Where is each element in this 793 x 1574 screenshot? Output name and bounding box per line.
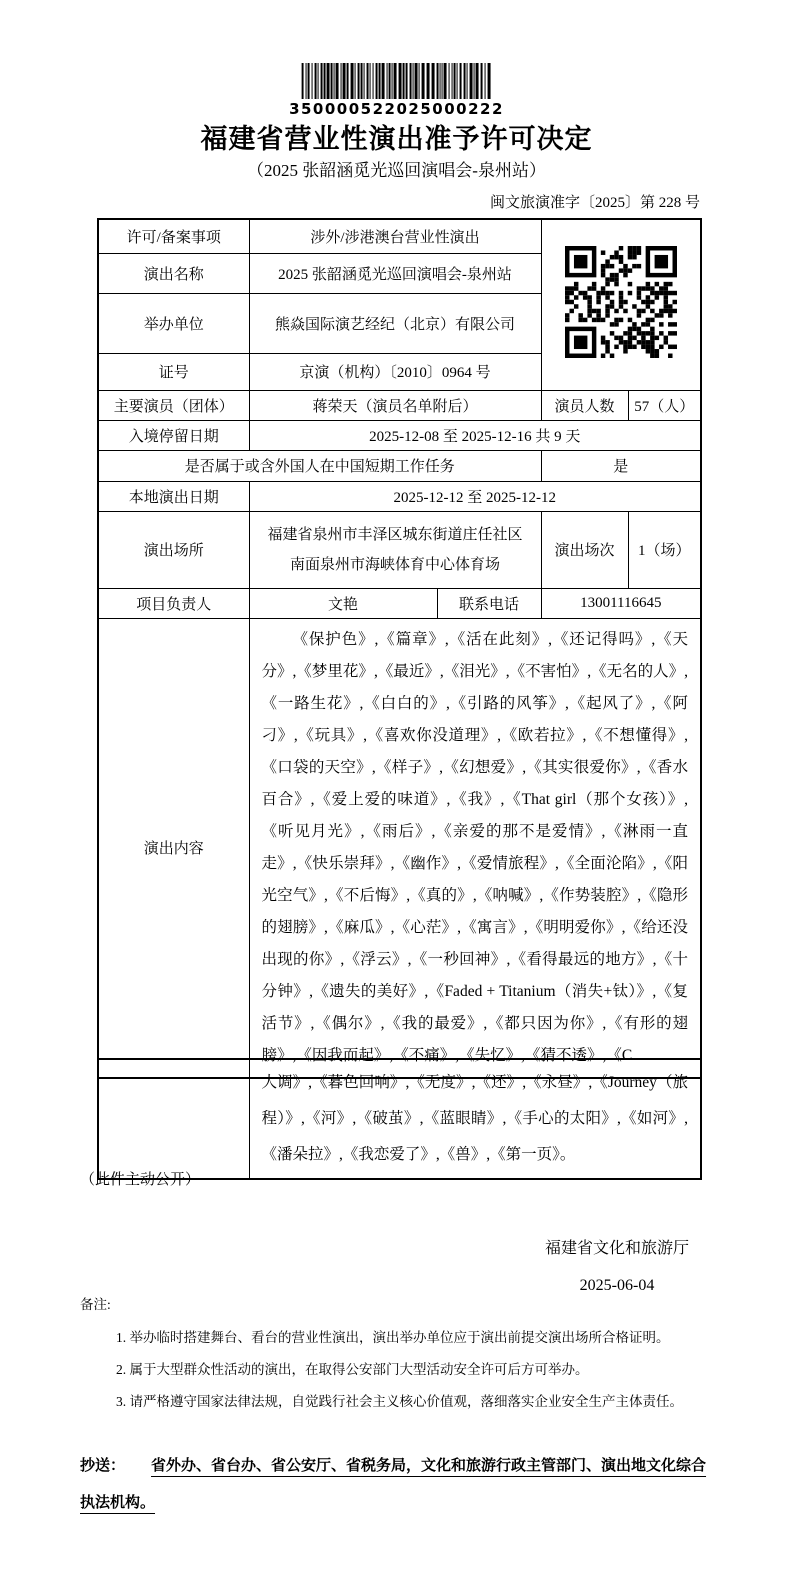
remark-item-2: 2. 属于大型群众性活动的演出，在取得公安部门大型活动安全许可后方可举办。 bbox=[116, 1363, 683, 1377]
foreign-work-label: 是否属于或含外国人在中国短期工作任务 bbox=[98, 450, 541, 481]
venue-value: 福建省泉州市丰泽区城东街道庄任社区南面泉州市海峡体育中心体育场 bbox=[249, 511, 541, 588]
reference-number: 闽文旅演准字〔2025〕第 228 号 bbox=[490, 191, 700, 212]
permit-document-page: 350000522025000222 福建省营业性演出准予许可决定 （2025 … bbox=[0, 0, 793, 1574]
content-value-part2: 大调》,《暮色回响》,《无度》,《还》,《永昼》,《Journey（旅程）》,《… bbox=[249, 1059, 701, 1179]
performer-count-value: 57（人） bbox=[628, 390, 701, 420]
local-dates-label: 本地演出日期 bbox=[98, 481, 249, 511]
sessions-label: 演出场次 bbox=[541, 511, 628, 588]
show-name-label: 演出名称 bbox=[98, 253, 249, 293]
show-name-value: 2025 张韶涵觅光巡回演唱会-泉州站 bbox=[249, 253, 541, 293]
venue-label: 演出场所 bbox=[98, 511, 249, 588]
qr-cell bbox=[541, 219, 701, 390]
permit-item-label: 许可/备案事项 bbox=[98, 219, 249, 253]
remarks-section: 备注: 1. 举办临时搭建舞台、看台的营业性演出，演出举办单位应于演出前提交演出… bbox=[80, 1293, 683, 1409]
main-performer-label: 主要演员（团体） bbox=[98, 390, 249, 420]
remarks-label: 备注: bbox=[80, 1293, 683, 1313]
barcode-block: 350000522025000222 bbox=[289, 63, 504, 118]
content-continuation-empty-cell bbox=[98, 1059, 249, 1179]
cert-no-value: 京演（机构）〔2010〕0964 号 bbox=[249, 353, 541, 390]
document-title: 福建省营业性演出准予许可决定 bbox=[0, 117, 793, 156]
content-continuation-table: 大调》,《暮色回响》,《无度》,《还》,《永昼》,《Journey（旅程）》,《… bbox=[97, 1058, 702, 1180]
main-performer-value: 蒋荣天（演员名单附后） bbox=[249, 390, 541, 420]
cc-line: 抄送：省外办、省台办、省公安厅、省税务局，文化和旅游行政主管部门、演出地文化综合… bbox=[80, 1448, 720, 1522]
manager-label: 项目负责人 bbox=[98, 588, 249, 618]
foreign-work-value: 是 bbox=[541, 450, 701, 481]
content-label: 演出内容 bbox=[98, 618, 249, 1078]
content-value-part1: 《保护色》,《篇章》,《活在此刻》,《还记得吗》,《天分》,《梦里花》,《最近》… bbox=[249, 618, 701, 1078]
phone-label: 联系电话 bbox=[437, 588, 541, 618]
permit-table: 许可/备案事项 涉外/涉港澳台营业性演出 演出名称 2025 张韶涵觅光巡回演唱… bbox=[97, 218, 702, 1079]
barcode bbox=[302, 63, 492, 99]
entry-stay-label: 入境停留日期 bbox=[98, 420, 249, 450]
barcode-number: 350000522025000222 bbox=[289, 100, 504, 118]
organizer-label: 举办单位 bbox=[98, 293, 249, 353]
permit-qr-code bbox=[565, 246, 677, 358]
sessions-value: 1（场） bbox=[628, 511, 701, 588]
organizer-value: 熊焱国际演艺经纪（北京）有限公司 bbox=[249, 293, 541, 353]
remark-item-1: 1. 举办临时搭建舞台、看台的营业性演出，演出举办单位应于演出前提交演出场所合格… bbox=[116, 1331, 683, 1345]
local-dates-value: 2025-12-12 至 2025-12-12 bbox=[249, 481, 701, 511]
cert-no-label: 证号 bbox=[98, 353, 249, 390]
cc-value: 省外办、省台办、省公安厅、省税务局，文化和旅游行政主管部门、演出地文化综合执法机… bbox=[80, 1458, 706, 1511]
document-subtitle: （2025 张韶涵觅光巡回演唱会-泉州站） bbox=[0, 156, 793, 181]
public-disclosure-note: （此件主动公开） bbox=[80, 1168, 200, 1189]
entry-stay-value: 2025-12-08 至 2025-12-16 共 9 天 bbox=[249, 420, 701, 450]
issuer-name: 福建省文化和旅游厅 bbox=[545, 1230, 689, 1267]
remark-item-3: 3. 请严格遵守国家法律法规，自觉践行社会主义核心价值观，落细落实企业安全生产主… bbox=[116, 1395, 683, 1409]
manager-value: 文艳 bbox=[249, 588, 437, 618]
permit-item-value: 涉外/涉港澳台营业性演出 bbox=[249, 219, 541, 253]
performer-count-label: 演员人数 bbox=[541, 390, 628, 420]
cc-label: 抄送： bbox=[80, 1458, 125, 1474]
phone-value: 13001116645 bbox=[541, 588, 701, 618]
